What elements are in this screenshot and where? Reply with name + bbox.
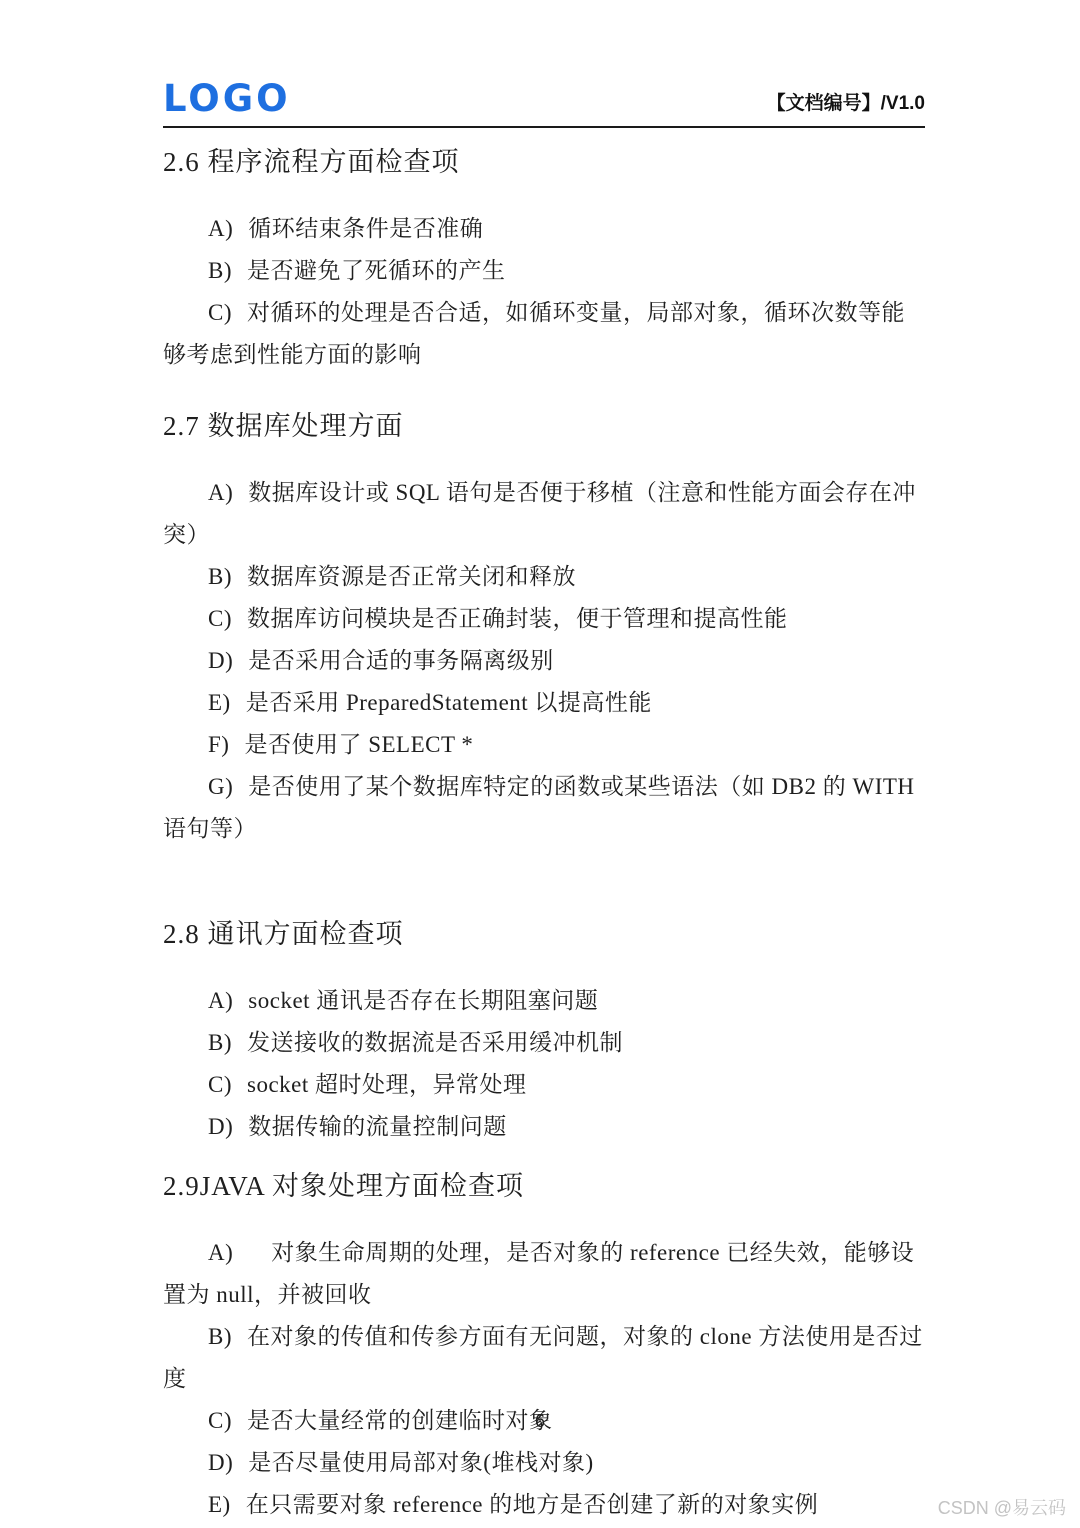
checklist-item: B)是否避免了死循环的产生 (163, 250, 925, 292)
item-text: 数据传输的流量控制问题 (248, 1114, 507, 1139)
section-2-9: 2.9JAVA 对象处理方面检查项 A)对象生命周期的处理，是否对象的 refe… (163, 1166, 925, 1526)
item-text: 在对象的传值和传参方面有无问题，对象的 clone 方法使用是否过度 (163, 1324, 923, 1391)
item-label: B) (208, 564, 232, 589)
item-label: B) (208, 1030, 232, 1055)
checklist-item: G)是否使用了某个数据库特定的函数或某些语法（如 DB2 的 WITH 语句等） (163, 766, 925, 850)
checklist-item: E)在只需要对象 reference 的地方是否创建了新的对象实例 (163, 1484, 925, 1526)
page-number: 6 (0, 1411, 1080, 1432)
checklist-item: D)是否尽量使用局部对象(堆栈对象) (163, 1442, 925, 1484)
section-heading: 2.9JAVA 对象处理方面检查项 (163, 1166, 925, 1206)
item-label: A) (208, 216, 233, 241)
item-text: socket 通讯是否存在长期阻塞问题 (248, 988, 598, 1013)
item-label: C) (208, 300, 232, 325)
checklist-item: A)数据库设计或 SQL 语句是否便于移植（注意和性能方面会存在冲突） (163, 472, 925, 556)
item-text: 对循环的处理是否合适，如循环变量，局部对象，循环次数等能够考虑到性能方面的影响 (163, 300, 905, 367)
item-label: E) (208, 1492, 231, 1517)
item-text: 在只需要对象 reference 的地方是否创建了新的对象实例 (246, 1492, 819, 1517)
item-label: A) (208, 988, 233, 1013)
content-area: LOGO 【文档编号】/V1.0 2.6 程序流程方面检查项 A)循环结束条件是… (163, 0, 925, 1526)
item-text: 是否采用合适的事务隔离级别 (248, 648, 554, 673)
checklist: A)循环结束条件是否准确 B)是否避免了死循环的产生 C)对循环的处理是否合适，… (163, 208, 925, 376)
checklist-item: B)在对象的传值和传参方面有无问题，对象的 clone 方法使用是否过度 (163, 1316, 925, 1400)
checklist-item: A)socket 通讯是否存在长期阻塞问题 (163, 980, 925, 1022)
section-heading: 2.7 数据库处理方面 (163, 406, 925, 446)
section-2-6: 2.6 程序流程方面检查项 A)循环结束条件是否准确 B)是否避免了死循环的产生… (163, 142, 925, 376)
checklist-item: F)是否使用了 SELECT * (163, 724, 925, 766)
item-text: 是否尽量使用局部对象(堆栈对象) (248, 1450, 593, 1475)
item-text: 是否使用了某个数据库特定的函数或某些语法（如 DB2 的 WITH 语句等） (163, 774, 915, 841)
checklist-item: C)socket 超时处理，异常处理 (163, 1064, 925, 1106)
document-page: LOGO 【文档编号】/V1.0 2.6 程序流程方面检查项 A)循环结束条件是… (0, 0, 1080, 1528)
item-label: E) (208, 690, 231, 715)
item-label: C) (208, 606, 232, 631)
checklist-item: D)数据传输的流量控制问题 (163, 1106, 925, 1148)
checklist-item: C)数据库访问模块是否正确封装，便于管理和提高性能 (163, 598, 925, 640)
item-label: B) (208, 258, 232, 283)
item-text: 循环结束条件是否准确 (248, 216, 483, 241)
checklist-item: A)对象生命周期的处理，是否对象的 reference 已经失效，能够设置为 n… (163, 1232, 925, 1316)
section-heading: 2.6 程序流程方面检查项 (163, 142, 925, 182)
item-text: 数据库访问模块是否正确封装，便于管理和提高性能 (247, 606, 788, 631)
item-label: D) (208, 1450, 233, 1475)
header-divider (163, 126, 925, 128)
item-text: socket 超时处理，异常处理 (247, 1072, 527, 1097)
item-label: B) (208, 1324, 232, 1349)
document-header: LOGO 【文档编号】/V1.0 (163, 0, 925, 118)
company-logo: LOGO (163, 80, 291, 118)
checklist-item: B)发送接收的数据流是否采用缓冲机制 (163, 1022, 925, 1064)
item-text: 是否采用 PreparedStatement 以提高性能 (246, 690, 652, 715)
item-label: C) (208, 1072, 232, 1097)
checklist-item: E)是否采用 PreparedStatement 以提高性能 (163, 682, 925, 724)
checklist: A)对象生命周期的处理，是否对象的 reference 已经失效，能够设置为 n… (163, 1232, 925, 1526)
item-text: 是否使用了 SELECT * (244, 732, 473, 757)
section-2-7: 2.7 数据库处理方面 A)数据库设计或 SQL 语句是否便于移植（注意和性能方… (163, 406, 925, 850)
checklist-item: B)数据库资源是否正常关闭和释放 (163, 556, 925, 598)
section-heading: 2.8 通讯方面检查项 (163, 914, 925, 954)
doc-number-version: 【文档编号】/V1.0 (767, 92, 925, 118)
item-label: A) (208, 1240, 233, 1265)
csdn-watermark: CSDN @易云码 (938, 1494, 1066, 1520)
checklist-item: D)是否采用合适的事务隔离级别 (163, 640, 925, 682)
checklist-item: C)对循环的处理是否合适，如循环变量，局部对象，循环次数等能够考虑到性能方面的影… (163, 292, 925, 376)
item-text: 是否避免了死循环的产生 (247, 258, 506, 283)
item-label: D) (208, 1114, 233, 1139)
item-text: 发送接收的数据流是否采用缓冲机制 (247, 1030, 623, 1055)
section-2-8: 2.8 通讯方面检查项 A)socket 通讯是否存在长期阻塞问题 B)发送接收… (163, 914, 925, 1148)
checklist: A)socket 通讯是否存在长期阻塞问题 B)发送接收的数据流是否采用缓冲机制… (163, 980, 925, 1148)
item-text: 数据库设计或 SQL 语句是否便于移植（注意和性能方面会存在冲突） (163, 480, 916, 547)
item-label: D) (208, 648, 233, 673)
item-label: A) (208, 480, 233, 505)
checklist: A)数据库设计或 SQL 语句是否便于移植（注意和性能方面会存在冲突） B)数据… (163, 472, 925, 850)
item-text: 数据库资源是否正常关闭和释放 (247, 564, 576, 589)
item-label: G) (208, 774, 233, 799)
checklist-item: A)循环结束条件是否准确 (163, 208, 925, 250)
item-text: 对象生命周期的处理，是否对象的 reference 已经失效，能够设置为 nul… (163, 1240, 914, 1307)
item-label: F) (208, 732, 229, 757)
